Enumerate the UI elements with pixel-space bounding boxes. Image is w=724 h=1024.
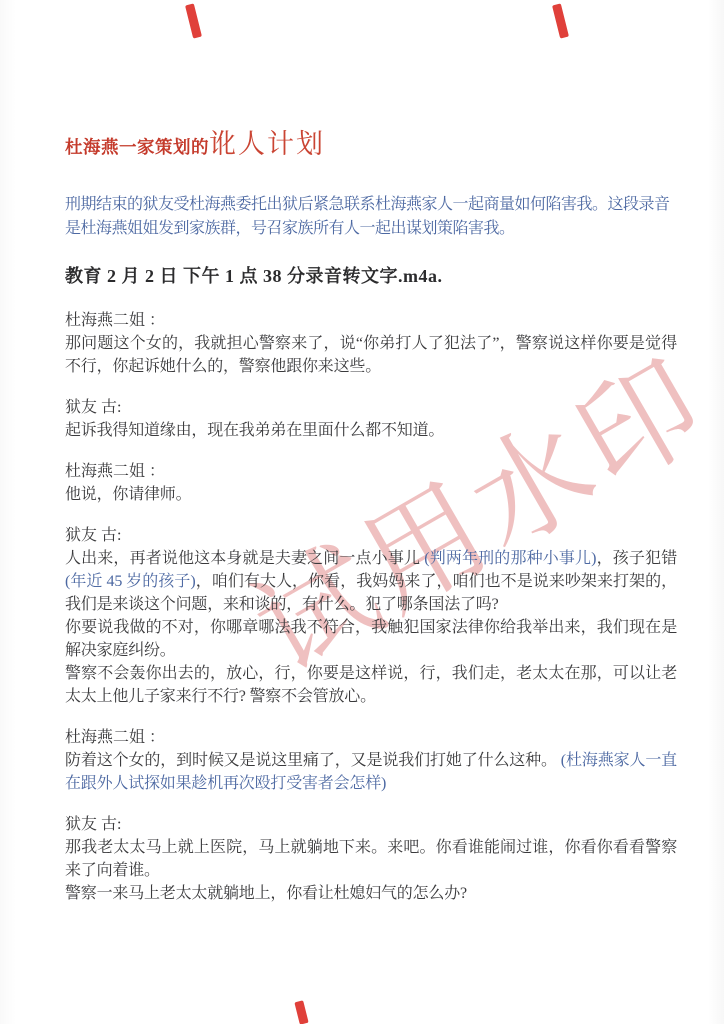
dialogue-paragraph: 他说，你请律师。 [65,483,677,506]
dialogue-text: ，孩子犯错 [596,550,677,567]
page-title-emphasis: 讹人计划 [209,129,325,159]
dialogue-paragraph: 警察不会轰你出去的，放心，行，你要是这样说，行，我们走，老太太在那，可以让老太太… [65,662,677,708]
recording-filename-heading: 教育 2 月 2 日 下午 1 点 38 分录音转文字.m4a. [65,263,677,289]
dialogue-block: 狱友 古:那我老太太马上就上医院，马上就躺地下来。来吧。你看谁能闹过谁，你看你看… [65,813,677,905]
dialogue-text: 人出来，再者说他这本身就是夫妻之间一点小事儿 [65,550,424,567]
dialogue-block: 狱友 古:人出来，再者说他这本身就是夫妻之间一点小事儿 (判两年刑的那种小事儿)… [65,524,677,708]
page-title-prefix: 杜海燕一家策划的 [65,137,209,157]
annotation-note: (判两年刑的那种小事儿) [424,550,596,567]
speaker-label: 杜海燕二姐 ： [65,460,677,483]
dialogue-text: 那问题这个女的，我就担心警察来了，说“你弟打人了犯法了”，警察说这样你要是觉得不… [65,335,677,375]
dialogue-text: 那我老太太马上就上医院，马上就躺地下来。来吧。你看谁能闹过谁，你看你看看警察来了… [65,839,677,879]
dialogue-paragraph: 起诉我得知道缘由，现在我弟弟在里面什么都不知道。 [65,419,677,442]
dialogue-block: 杜海燕二姐 ：他说，你请律师。 [65,460,677,506]
annotation-note: (年近 45 岁的孩子) [65,573,196,590]
dialogue-paragraph: 那我老太太马上就上医院，马上就躺地下来。来吧。你看谁能闹过谁，你看你看看警察来了… [65,836,677,882]
dialogue-text: 你要说我做的不对，你哪章哪法我不符合，我触犯国家法律你给我举出来，我们现在是解决… [65,619,677,659]
dialogue-block: 杜海燕二姐 ：那问题这个女的，我就担心警察来了，说“你弟打人了犯法了”，警察说这… [65,309,677,378]
speaker-label: 杜海燕二姐 ： [65,309,677,332]
dialogue-text: 他说，你请律师。 [65,486,191,503]
dialogue-paragraph: 防着这个女的，到时候又是说这里痛了，又是说我们打她了什么这种。 (杜海燕家人一直… [65,749,677,795]
speaker-label: 狱友 古: [65,813,677,836]
intro-paragraph: 刑期结束的狱友受杜海燕委托出狱后紧急联系杜海燕家人一起商量如何陷害我。这段录音是… [65,193,677,241]
document-page: 试用水印 杜海燕一家策划的讹人计划 刑期结束的狱友受杜海燕委托出狱后紧急联系杜海… [0,0,724,1024]
dialogue-block: 狱友 古:起诉我得知道缘由，现在我弟弟在里面什么都不知道。 [65,396,677,442]
dialogue-paragraph: 人出来，再者说他这本身就是夫妻之间一点小事儿 (判两年刑的那种小事儿)，孩子犯错… [65,547,677,616]
dialogue-text: 起诉我得知道缘由，现在我弟弟在里面什么都不知道。 [65,422,444,439]
speaker-label: 狱友 古: [65,396,677,419]
article-body: 杜海燕一家策划的讹人计划 刑期结束的狱友受杜海燕委托出狱后紧急联系杜海燕家人一起… [65,0,677,923]
dialogue-text: 防着这个女的，到时候又是说这里痛了，又是说我们打她了什么这种。 [65,752,561,769]
dialogue-paragraph: 那问题这个女的，我就担心警察来了，说“你弟打人了犯法了”，警察说这样你要是觉得不… [65,332,677,378]
speaker-label: 狱友 古: [65,524,677,547]
dialogue-text: 警察一来马上老太太就躺地上，你看让杜媳妇气的怎么办? [65,885,467,902]
page-title: 杜海燕一家策划的讹人计划 [65,128,677,163]
dialogue-block: 杜海燕二姐 ：防着这个女的，到时候又是说这里痛了，又是说我们打她了什么这种。 (… [65,726,677,795]
red-edge-mark-bottom [294,1000,308,1024]
dialogue-transcript: 杜海燕二姐 ：那问题这个女的，我就担心警察来了，说“你弟打人了犯法了”，警察说这… [65,309,677,905]
dialogue-text: 警察不会轰你出去的，放心，行，你要是这样说，行，我们走，老太太在那，可以让老太太… [65,665,677,705]
dialogue-paragraph: 你要说我做的不对，你哪章哪法我不符合，我触犯国家法律你给我举出来，我们现在是解决… [65,616,677,662]
dialogue-paragraph: 警察一来马上老太太就躺地上，你看让杜媳妇气的怎么办? [65,882,677,905]
speaker-label: 杜海燕二姐 ： [65,726,677,749]
